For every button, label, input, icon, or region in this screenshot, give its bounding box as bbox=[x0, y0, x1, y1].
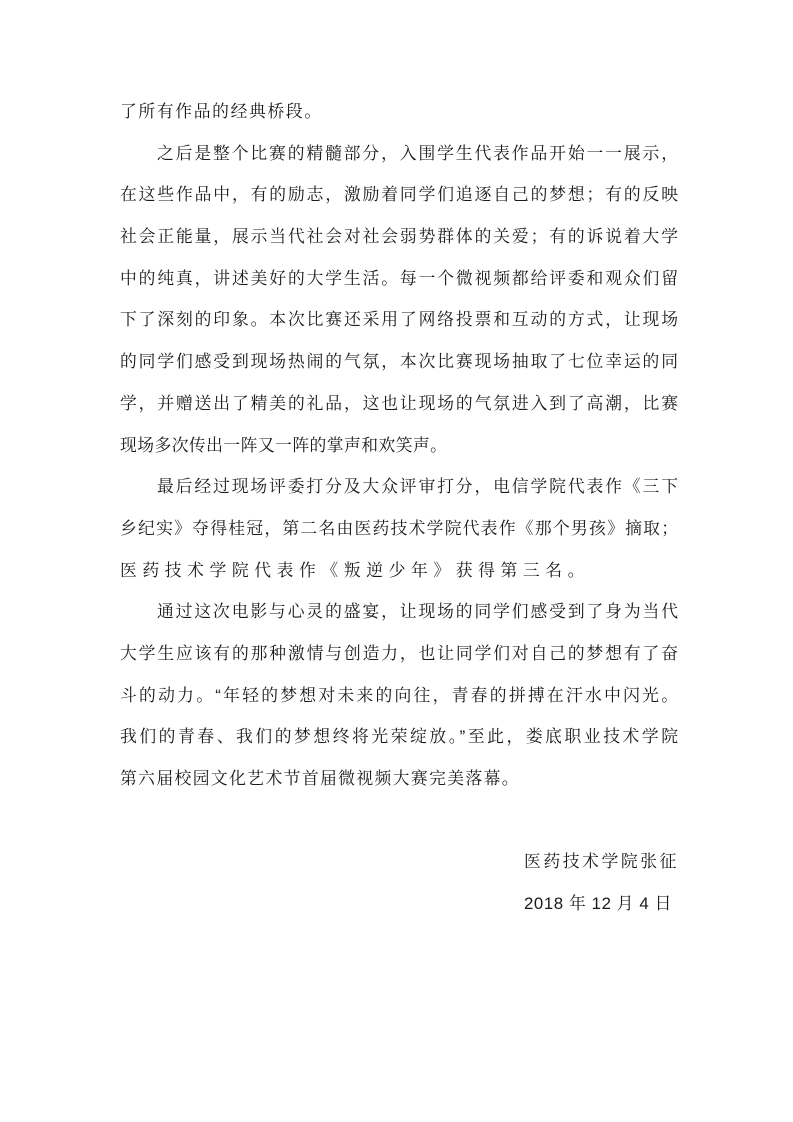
text-line: 第六届校园文化艺术节首届微视频大赛完美落幕。 bbox=[120, 758, 678, 800]
document-page: 了所有作品的经典桥段。 之后是整个比赛的精髓部分，入围学生代表作品开始一一展示，… bbox=[0, 0, 793, 1122]
text-line: 乡纪实》夺得桂冠，第二名由医药技术学院代表作《那个男孩》摘取； bbox=[120, 508, 678, 550]
text-line: 学，并赠送出了精美的礼品，这也让现场的气氛进入到了高潮，比赛 bbox=[120, 383, 678, 425]
text-line: 下了深刻的印象。本次比赛还采用了网络投票和互动的方式，让现场 bbox=[120, 299, 678, 341]
text-line: 的同学们感受到现场热闹的气氛，本次比赛现场抽取了七位幸运的同 bbox=[120, 341, 678, 383]
text-line: 社会正能量，展示当代社会对社会弱势群体的关爱；有的诉说着大学 bbox=[120, 216, 678, 258]
text-line: 通过这次电影与心灵的盛宴，让现场的同学们感受到了身为当代 bbox=[120, 591, 678, 633]
text-block: 了所有作品的经典桥段。 之后是整个比赛的精髓部分，入围学生代表作品开始一一展示，… bbox=[120, 91, 678, 925]
text-line: 大学生应该有的那种激情与创造力，也让同学们对自己的梦想有了奋 bbox=[120, 633, 678, 675]
text-line: 最后经过现场评委打分及大众评审打分，电信学院代表作《三下 bbox=[120, 466, 678, 508]
text-line: 在这些作品中，有的励志，激励着同学们追逐自己的梦想；有的反映 bbox=[120, 174, 678, 216]
text-line: 我们的青春、我们的梦想终将光荣绽放。”至此，娄底职业技术学院 bbox=[120, 716, 678, 758]
text-line: 中的纯真，讲述美好的大学生活。每一个微视频都给评委和观众们留 bbox=[120, 258, 678, 300]
text-line: 医药技术学院代表作《叛逆少年》获得第三名。 bbox=[120, 550, 678, 592]
signature-line: 医药技术学院张征 bbox=[120, 841, 678, 883]
text-line: 之后是整个比赛的精髓部分，入围学生代表作品开始一一展示， bbox=[120, 133, 678, 175]
blank-line bbox=[120, 800, 678, 842]
text-line: 现场多次传出一阵又一阵的掌声和欢笑声。 bbox=[120, 425, 678, 467]
text-line: 了所有作品的经典桥段。 bbox=[120, 91, 678, 133]
text-line: 斗的动力。“年轻的梦想对未来的向往，青春的拼搏在汗水中闪光。 bbox=[120, 675, 678, 717]
date-line: 2018 年 12 月 4 日 bbox=[120, 883, 678, 925]
